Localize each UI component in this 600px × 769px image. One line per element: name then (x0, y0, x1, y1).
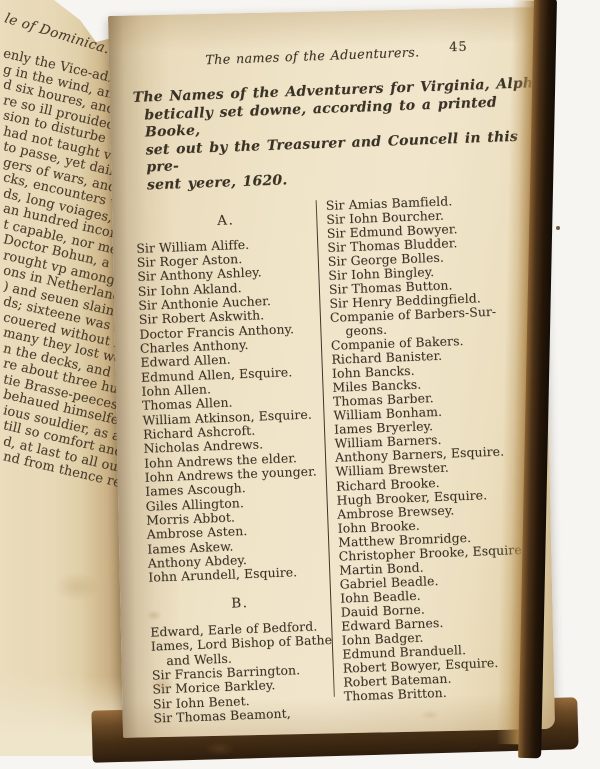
section-b-label: B. (149, 592, 330, 615)
paper-speck (556, 226, 560, 230)
names-column-left: A. Sir William Aliffe.Sir Roger Aston.Si… (135, 197, 335, 726)
section-a-label: A. (135, 209, 316, 232)
section-a-list: Sir William Aliffe.Sir Roger Aston.Sir A… (136, 235, 329, 586)
chapter-heading: The Names of the Adventurers for Virgini… (132, 75, 554, 196)
running-header: The names of the Aduenturers. (187, 45, 437, 69)
book-photograph: le of Dominica. enly the Vice-admirallg … (0, 0, 600, 769)
page-number: 45 (449, 40, 468, 56)
section-b-list: Edward, Earle of Bedford.Iames, Lord Bis… (150, 619, 335, 726)
